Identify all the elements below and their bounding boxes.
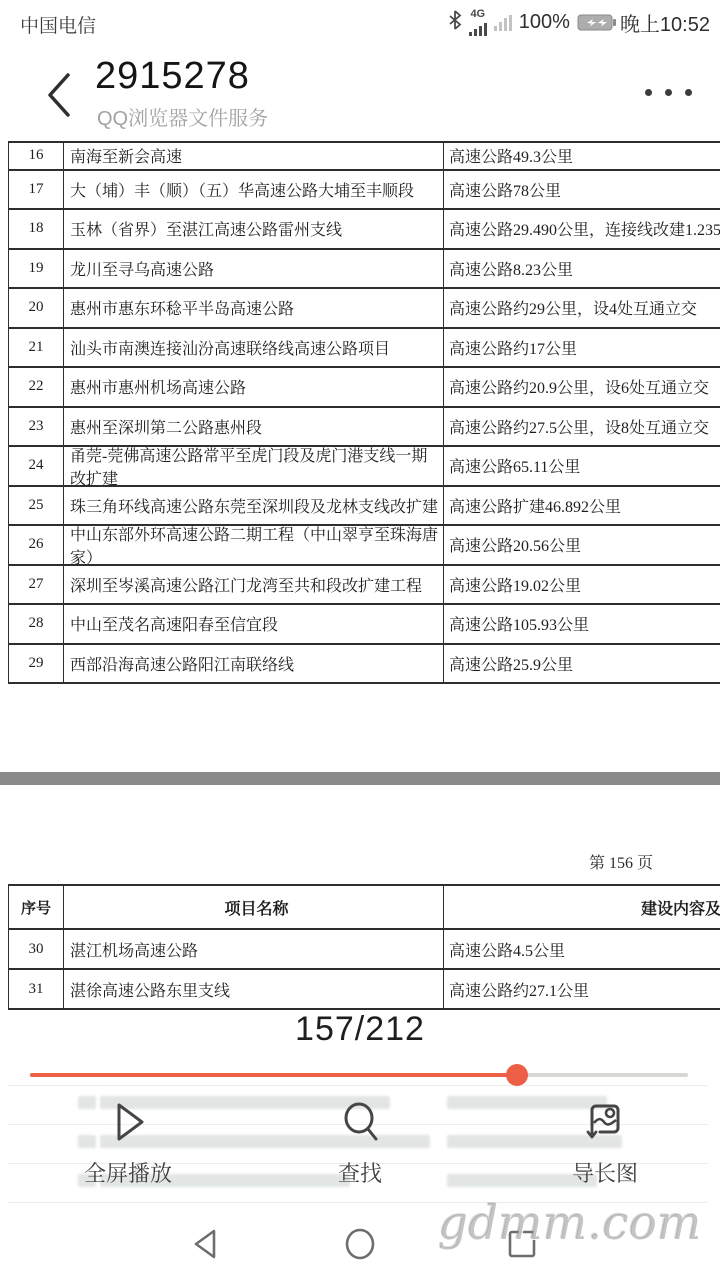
row-no-cell: 17 — [9, 171, 64, 209]
document-title: 2915278 — [95, 55, 250, 98]
row-no-cell: 27 — [9, 566, 64, 604]
row-name-cell: 玉林（省界）至湛江高速公路雷州支线 — [64, 210, 444, 248]
find-label: 查找 — [338, 1161, 382, 1186]
row-content-cell: 高速公路约27.5公里，设8处互通立交 — [444, 408, 720, 446]
row-name-cell: 中山至茂名高速阳春至信宜段 — [64, 605, 444, 643]
table-row: 29西部沿海高速公路阳江南联络线高速公路25.9公里 — [9, 645, 720, 685]
slider-thumb[interactable] — [506, 1064, 528, 1086]
status-bar-right: 4G 100% 晚上10:52 — [448, 0, 710, 45]
row-no-cell: 26 — [9, 526, 64, 564]
row-content-cell: 高速公路19.02公里 — [444, 566, 720, 604]
carrier-label: 中国电信 — [20, 11, 96, 38]
row-content-cell: 高速公路29.490公里，连接线改建1.235公里 — [444, 210, 720, 248]
fullscreen-play-button[interactable]: 全屏播放 — [28, 1090, 228, 1188]
table-row: 18玉林（省界）至湛江高速公路雷州支线高速公路29.490公里，连接线改建1.2… — [9, 210, 720, 250]
row-content-cell: 高速公路8.23公里 — [444, 250, 720, 288]
phone-screen: 中国电信 4G 100% — [0, 0, 720, 1280]
bluetooth-icon — [448, 10, 462, 35]
table-row: 25珠三角环线高速公路东莞至深圳段及龙林支线改扩建高速公路扩建46.892公里 — [9, 487, 720, 527]
table-row: 23惠州至深圳第二公路惠州段高速公路约27.5公里，设8处互通立交 — [9, 408, 720, 448]
row-no-cell: 28 — [9, 605, 64, 643]
app-header: 2915278 QQ浏览器文件服务 — [0, 45, 720, 138]
row-content-cell: 高速公路78公里 — [444, 171, 720, 209]
column-header-no-cell: 序号 — [9, 886, 64, 928]
table-row: 28中山至茂名高速阳春至信宜段高速公路105.93公里 — [9, 605, 720, 645]
row-name-cell: 湛徐高速公路东里支线 — [64, 970, 444, 1008]
row-name-cell: 惠州市惠州机场高速公路 — [64, 368, 444, 406]
row-no-cell: 19 — [9, 250, 64, 288]
row-name-cell: 汕头市南澳连接汕汾高速联络线高速公路项目 — [64, 329, 444, 367]
table-row: 17大（埔）丰（顺）（五）华高速公路大埔至丰顺段高速公路78公里 — [9, 171, 720, 211]
row-name-cell: 南海至新会高速 — [64, 143, 444, 169]
nav-recents-button[interactable] — [500, 1222, 544, 1266]
row-name-cell: 深圳至岑溪高速公路江门龙湾至共和段改扩建工程 — [64, 566, 444, 604]
row-no-cell: 30 — [9, 930, 64, 968]
row-no-cell: 22 — [9, 368, 64, 406]
nav-home-button[interactable] — [338, 1222, 382, 1266]
table-row: 22惠州市惠州机场高速公路高速公路约20.9公里，设6处互通立交 — [9, 368, 720, 408]
row-content-cell: 高速公路49.3公里 — [444, 143, 720, 169]
row-name-cell: 湛江机场高速公路 — [64, 930, 444, 968]
row-content-cell: 高速公路约20.9公里，设6处互通立交 — [444, 368, 720, 406]
fullscreen-play-label: 全屏播放 — [84, 1161, 172, 1186]
row-content-cell: 高速公路105.93公里 — [444, 605, 720, 643]
row-no-cell: 18 — [9, 210, 64, 248]
export-long-image-button[interactable]: 导长图 — [505, 1090, 705, 1188]
page-156-footer: 第 156 页 — [556, 850, 686, 873]
row-no-cell: 31 — [9, 970, 64, 1008]
battery-percent-label: 100% — [519, 11, 570, 34]
reader-toolbar: 全屏播放 查找 导长图 — [0, 1090, 720, 1210]
export-long-image-icon — [505, 1096, 705, 1153]
table-row: 20惠州市惠东环稔平半岛高速公路高速公路约29公里，设4处互通立交 — [9, 289, 720, 329]
row-name-cell: 惠州至深圳第二公路惠州段 — [64, 408, 444, 446]
export-long-image-label: 导长图 — [572, 1161, 638, 1186]
android-nav-bar — [0, 1210, 720, 1280]
sim1-signal-icon: 4G — [469, 9, 487, 36]
row-content-cell: 高速公路4.5公里 — [444, 930, 720, 968]
row-no-cell: 20 — [9, 289, 64, 327]
page-position-indicator: 157/212 — [0, 1010, 720, 1049]
overflow-menu-button[interactable] — [645, 89, 692, 96]
battery-charging-icon — [577, 14, 613, 31]
row-no-cell: 16 — [9, 143, 64, 169]
row-no-cell: 25 — [9, 487, 64, 525]
table-row: 19龙川至寻乌高速公路高速公路8.23公里 — [9, 250, 720, 290]
page-break-separator — [0, 772, 720, 785]
table-row: 31湛徐高速公路东里支线高速公路约27.1公里 — [9, 970, 720, 1010]
page-scrub-slider[interactable] — [30, 1073, 688, 1077]
table-row: 27深圳至岑溪高速公路江门龙湾至共和段改扩建工程高速公路19.02公里 — [9, 566, 720, 606]
nav-back-button[interactable] — [183, 1222, 227, 1266]
table-row: 30湛江机场高速公路高速公路4.5公里 — [9, 930, 720, 970]
search-icon — [260, 1096, 460, 1153]
status-bar: 中国电信 4G 100% — [0, 0, 720, 45]
page-156-table: 16南海至新会高速高速公路49.3公里17大（埔）丰（顺）（五）华高速公路大埔至… — [8, 141, 720, 684]
row-no-cell: 23 — [9, 408, 64, 446]
row-name-cell: 龙川至寻乌高速公路 — [64, 250, 444, 288]
page-157-table: 序号项目名称建设内容及30湛江机场高速公路高速公路4.5公里31湛徐高速公路东里… — [8, 884, 720, 1010]
clock-label: 晚上10:52 — [620, 8, 710, 37]
slider-progress-fill — [30, 1073, 517, 1077]
row-no-cell: 24 — [9, 447, 64, 485]
find-button[interactable]: 查找 — [260, 1090, 460, 1188]
table-header-row: 序号项目名称建设内容及 — [9, 886, 720, 930]
table-row: 24甬莞-莞佛高速公路常平至虎门段及虎门港支线一期改扩建高速公路65.11公里 — [9, 447, 720, 487]
row-no-cell: 21 — [9, 329, 64, 367]
row-no-cell: 29 — [9, 645, 64, 683]
sim2-signal-icon — [494, 15, 512, 31]
row-name-cell: 大（埔）丰（顺）（五）华高速公路大埔至丰顺段 — [64, 171, 444, 209]
network-type-label: 4G — [470, 9, 485, 19]
column-header-name-cell: 项目名称 — [64, 886, 444, 928]
table-row: 21汕头市南澳连接汕汾高速联络线高速公路项目高速公路约17公里 — [9, 329, 720, 369]
row-name-cell: 甬莞-莞佛高速公路常平至虎门段及虎门港支线一期改扩建 — [64, 447, 444, 485]
row-content-cell: 高速公路约29公里，设4处互通立交 — [444, 289, 720, 327]
row-content-cell: 高速公路65.11公里 — [444, 447, 720, 485]
row-content-cell: 高速公路扩建46.892公里 — [444, 487, 720, 525]
document-source-subtitle: QQ浏览器文件服务 — [97, 102, 268, 131]
row-content-cell: 高速公路20.56公里 — [444, 526, 720, 564]
row-content-cell: 高速公路25.9公里 — [444, 645, 720, 683]
table-row: 16南海至新会高速高速公路49.3公里 — [9, 143, 720, 171]
back-button[interactable] — [40, 67, 80, 123]
faded-row-border — [8, 1085, 708, 1086]
row-content-cell: 高速公路约27.1公里 — [444, 970, 720, 1008]
row-name-cell: 惠州市惠东环稔平半岛高速公路 — [64, 289, 444, 327]
table-row: 26中山东部外环高速公路二期工程（中山翠亨至珠海唐家）高速公路20.56公里 — [9, 526, 720, 566]
row-name-cell: 西部沿海高速公路阳江南联络线 — [64, 645, 444, 683]
column-header-content-cell: 建设内容及 — [444, 886, 720, 928]
row-content-cell: 高速公路约17公里 — [444, 329, 720, 367]
row-name-cell: 珠三角环线高速公路东莞至深圳段及龙林支线改扩建 — [64, 487, 444, 525]
play-icon — [28, 1096, 228, 1153]
row-name-cell: 中山东部外环高速公路二期工程（中山翠亨至珠海唐家） — [64, 526, 444, 564]
